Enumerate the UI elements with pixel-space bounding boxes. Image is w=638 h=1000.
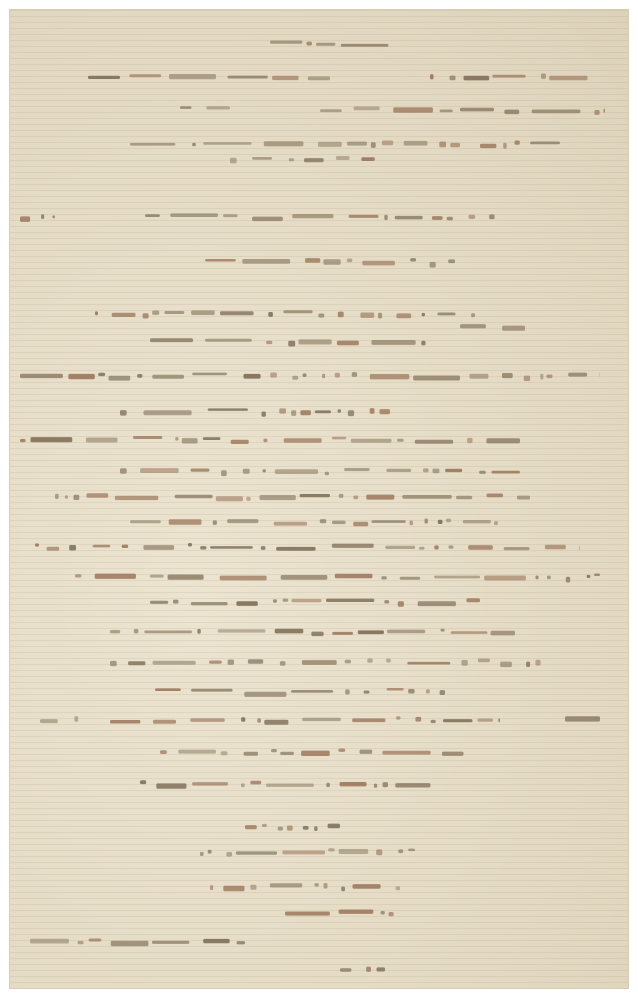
rug-mark	[366, 495, 394, 500]
rug-mark	[65, 495, 68, 498]
rug-mark	[466, 598, 480, 602]
rug-mark	[434, 545, 438, 549]
rug-mark	[338, 749, 345, 752]
rug-mark	[353, 884, 381, 889]
rug-mark	[264, 141, 304, 146]
rug-mark	[78, 941, 84, 944]
rug-mark	[182, 438, 198, 443]
rug-mark	[440, 690, 445, 695]
rug-mark	[223, 886, 244, 891]
rug-mark	[487, 494, 504, 498]
rug-mark	[434, 576, 480, 579]
rug-mark	[263, 469, 266, 472]
rug-mark	[335, 574, 373, 578]
rug-mark	[393, 107, 433, 112]
rug-mark	[440, 110, 453, 113]
rug-mark	[284, 438, 322, 443]
rug-mark	[87, 493, 109, 498]
rug-mark	[339, 494, 344, 498]
rug-mark	[134, 629, 139, 633]
rug-mark	[20, 439, 26, 442]
rug-mark	[535, 576, 538, 580]
rug-mark	[111, 941, 149, 946]
rug-mark	[74, 716, 78, 722]
rug-mark	[241, 717, 245, 722]
rug-mark	[156, 783, 186, 788]
rug-mark	[318, 142, 342, 147]
rug-mark	[460, 324, 486, 328]
rug-mark	[378, 313, 382, 319]
rug-mark	[383, 782, 388, 787]
rug-mark	[353, 496, 358, 500]
rug-mark	[164, 311, 184, 314]
rug-mark	[137, 374, 142, 378]
rug-mark	[292, 599, 322, 602]
rug-mark	[407, 662, 450, 665]
rug-mark	[231, 440, 249, 444]
rug-mark	[504, 547, 530, 550]
rug-mark	[169, 74, 216, 79]
rug-mark	[323, 259, 340, 265]
rug-mark	[377, 967, 386, 971]
rug-mark	[190, 718, 225, 722]
rug-mark	[546, 375, 552, 379]
rug-mark	[292, 376, 298, 380]
rug-mark	[371, 142, 376, 148]
rug-mark	[205, 259, 236, 262]
rug-mark	[109, 376, 131, 381]
rug-mark	[382, 141, 393, 146]
rug-mark	[275, 629, 304, 634]
rug-mark	[549, 76, 587, 81]
rug-mark	[384, 215, 387, 220]
rug-mark	[203, 437, 221, 440]
rug-mark	[252, 157, 272, 160]
rug-mark	[20, 216, 30, 222]
rug-mark	[209, 661, 222, 664]
rug-mark	[353, 522, 368, 527]
rug-mark	[74, 495, 80, 500]
rug-mark	[445, 469, 462, 472]
rug-mark	[370, 408, 375, 414]
rug-mark	[110, 630, 120, 633]
rug-mark	[173, 600, 179, 604]
rug-mark	[332, 521, 346, 525]
rug-mark	[438, 520, 443, 524]
rug-mark	[415, 717, 421, 722]
rug-mark	[540, 374, 543, 380]
rug-mark	[264, 720, 288, 725]
rug-mark	[278, 827, 283, 831]
rug-mark	[110, 661, 117, 666]
rug-mark	[302, 660, 337, 665]
rug-mark	[532, 110, 581, 114]
rug-mark	[541, 74, 546, 79]
rug-mark	[380, 409, 391, 414]
rug-mark	[192, 143, 196, 147]
rug-mark	[463, 520, 491, 523]
rug-mark	[464, 76, 490, 81]
rug-mark	[347, 259, 352, 263]
rug-mark	[305, 258, 320, 263]
rug-mark	[122, 545, 129, 548]
rug-mark	[425, 519, 428, 524]
rug-mark	[192, 782, 228, 786]
rug-mark	[191, 602, 228, 605]
rug-mark	[244, 692, 286, 697]
rug-mark	[191, 469, 210, 472]
rug-mark	[152, 311, 159, 315]
rug-mark	[439, 142, 446, 148]
rug-mark	[410, 521, 414, 526]
rug-mark	[386, 659, 391, 663]
rug-mark	[480, 144, 496, 148]
rug-mark	[498, 718, 500, 722]
rug-mark	[129, 74, 161, 77]
rug-mark	[415, 440, 453, 444]
rug-mark	[352, 372, 357, 377]
rug-mark	[283, 310, 312, 313]
rug-mark	[345, 660, 351, 664]
rug-mark	[175, 437, 178, 441]
rug-mark	[456, 496, 472, 500]
rug-mark	[153, 661, 196, 665]
rug-mark	[223, 214, 238, 217]
rug-mark	[449, 545, 454, 548]
rug-mark	[530, 142, 560, 145]
rug-mark	[594, 574, 600, 577]
rug-mark	[250, 885, 256, 890]
rug-mark	[281, 575, 328, 580]
rug-mark	[336, 156, 350, 160]
rug-mark	[245, 825, 257, 829]
rug-mark	[153, 720, 176, 724]
rug-mark	[40, 719, 58, 723]
rug-mark	[404, 141, 428, 146]
rug-mark	[371, 340, 415, 345]
rug-mark	[587, 575, 591, 578]
rug-mark	[260, 495, 296, 500]
rug-mark	[282, 851, 325, 855]
rug-mark	[432, 216, 443, 220]
rug-mark	[304, 158, 324, 162]
rug-mark	[203, 142, 251, 145]
rug-mark	[395, 783, 430, 787]
rug-mark	[358, 630, 384, 634]
rug-pattern	[10, 10, 628, 988]
rug-mark	[228, 660, 234, 665]
rug-mark	[188, 543, 192, 547]
rug-mark	[396, 716, 400, 719]
rug-mark	[257, 718, 261, 723]
rug-mark	[140, 468, 179, 473]
rug-mark	[112, 313, 136, 317]
rug-mark	[301, 751, 330, 756]
rug-mark	[360, 313, 374, 318]
rug-mark	[362, 261, 395, 266]
rug-mark	[433, 469, 440, 474]
rug-mark	[492, 75, 525, 78]
rug-mark	[351, 439, 392, 443]
rug-mark	[398, 849, 403, 853]
rug-mark	[236, 601, 257, 606]
rug-mark	[328, 848, 335, 851]
rug-mark	[447, 217, 453, 221]
rug-mark	[402, 495, 452, 499]
rug-mark	[263, 439, 267, 443]
rug-mark	[228, 76, 268, 79]
rug-mark	[337, 341, 359, 346]
rug-mark	[291, 690, 333, 693]
rug-mark	[580, 546, 581, 550]
rug-mark	[345, 689, 349, 694]
rug-mark	[419, 547, 425, 550]
rug-mark	[200, 546, 206, 549]
rug-mark	[285, 912, 330, 916]
rug-mark	[203, 939, 230, 943]
rug-mark	[320, 109, 342, 112]
rug-mark	[236, 851, 277, 854]
rug-mark	[155, 688, 181, 691]
rug-mark	[237, 941, 245, 944]
rug-mark	[426, 689, 430, 693]
rug-mark	[292, 214, 333, 218]
rug-mark	[354, 106, 380, 110]
rug-mark	[328, 824, 340, 829]
rug-mark	[275, 469, 318, 474]
rug-mark	[55, 494, 59, 499]
rug-mark	[565, 716, 600, 721]
rug-mark	[398, 601, 404, 607]
rug-mark	[504, 110, 519, 115]
rug-mark	[47, 547, 60, 551]
rug-mark	[348, 410, 354, 416]
rug-mark	[502, 373, 513, 378]
rug-mark	[145, 214, 160, 217]
rug-mark	[443, 719, 473, 722]
rug-mark	[311, 632, 323, 637]
rug-mark	[220, 576, 267, 581]
rug-mark	[227, 519, 258, 523]
rug-mark	[110, 720, 140, 724]
rug-mark	[242, 259, 290, 264]
rug-mark	[88, 76, 120, 79]
rug-mark	[568, 373, 587, 377]
rug-mark	[180, 106, 192, 109]
rug-mark	[467, 438, 473, 443]
rug-mark	[280, 752, 294, 755]
rug-mark	[95, 574, 136, 579]
rug-mark	[206, 106, 230, 109]
rug-mark	[86, 438, 118, 443]
rug-mark	[208, 850, 212, 854]
rug-mark	[396, 313, 411, 318]
rug-mark	[384, 600, 389, 603]
rug-mark	[241, 783, 245, 787]
rug-mark	[332, 437, 346, 440]
rug-mark	[205, 339, 252, 342]
rug-mark	[243, 469, 250, 474]
rug-mark	[450, 143, 460, 147]
rug-mark	[283, 599, 289, 602]
rug-mark	[41, 214, 44, 219]
rug-mark	[262, 824, 267, 827]
rug-mark	[349, 215, 379, 218]
rug-mark	[221, 751, 228, 755]
rug-mark	[374, 784, 377, 788]
rug-mark	[410, 258, 416, 261]
rug-mark	[381, 576, 387, 579]
rug-mark	[366, 967, 371, 972]
rug-mark	[382, 751, 430, 755]
rug-mark	[494, 521, 498, 525]
rug-mark	[502, 326, 525, 331]
rug-mark	[271, 749, 277, 752]
rug-mark	[451, 631, 488, 634]
rug-mark	[396, 886, 400, 890]
rug-mark	[461, 660, 467, 666]
rug-mark	[120, 410, 127, 416]
rug-mark	[430, 74, 434, 79]
rug-mark	[422, 313, 425, 317]
rug-mark	[143, 313, 149, 318]
rug-mark	[115, 496, 158, 500]
rug-mark	[178, 750, 216, 754]
rug-mark	[545, 545, 566, 550]
rug-mark	[302, 718, 341, 721]
rug-mark	[500, 662, 512, 668]
rug-mark	[170, 213, 218, 217]
rug-mark	[324, 883, 328, 889]
rug-mark	[218, 629, 266, 632]
rug-mark	[408, 689, 414, 694]
rug-mark	[197, 629, 201, 634]
rug-mark	[418, 601, 456, 606]
rug-mark	[338, 409, 342, 413]
rug-mark	[340, 782, 367, 786]
rug-mark	[361, 157, 375, 161]
rug-mark	[370, 374, 410, 379]
rug-mark	[484, 576, 526, 581]
rug-mark	[367, 658, 372, 662]
rug-mark	[515, 141, 520, 145]
rug-mark	[252, 217, 283, 222]
rug-mark	[274, 522, 307, 526]
rug-mark	[446, 519, 451, 523]
rug-mark	[430, 262, 436, 268]
rug-mark	[316, 43, 335, 46]
rug-mark	[479, 471, 486, 474]
rug-mark	[441, 629, 445, 632]
rug-mark	[266, 784, 314, 787]
rug-mark	[210, 546, 253, 549]
rug-mark	[389, 912, 394, 916]
rug-mark	[246, 497, 250, 501]
rug-mark	[352, 718, 385, 722]
rug-mark	[320, 519, 327, 523]
rug-mark	[95, 311, 98, 315]
rug-mark	[140, 780, 146, 784]
rug-mark	[279, 408, 286, 413]
rug-mark	[397, 439, 404, 442]
rug-mark	[468, 545, 493, 550]
rug-mark	[478, 659, 490, 663]
rug-mark	[75, 574, 81, 577]
rug-mark	[144, 410, 192, 415]
rug-mark	[270, 41, 302, 44]
rug-mark	[469, 215, 476, 219]
rug-mark	[431, 720, 436, 723]
rug-mark	[226, 852, 232, 857]
rug-mark	[450, 76, 456, 81]
rug-mark	[191, 689, 233, 692]
rug-mark	[280, 661, 286, 666]
rug	[10, 10, 628, 988]
rug-mark	[300, 410, 311, 415]
rug-mark	[314, 826, 318, 831]
rug-mark	[448, 259, 455, 263]
rug-mark	[169, 519, 202, 525]
rug-mark	[272, 76, 299, 80]
rug-mark	[469, 374, 488, 379]
rug-mark	[150, 601, 168, 604]
rug-mark	[526, 662, 530, 667]
rug-mark	[372, 520, 406, 523]
rug-mark	[318, 314, 324, 318]
rug-mark	[339, 910, 374, 914]
rug-mark	[191, 310, 215, 315]
rug-mark	[230, 158, 237, 164]
rug-mark	[35, 543, 39, 546]
rug-mark	[98, 373, 105, 376]
rug-mark	[200, 852, 204, 856]
rug-mark	[69, 545, 76, 551]
rug-mark	[210, 885, 213, 890]
rug-mark	[308, 76, 330, 80]
rug-mark	[273, 599, 277, 602]
rug-mark	[386, 469, 411, 472]
rug-mark	[332, 544, 374, 548]
rug-mark	[387, 630, 425, 634]
rug-mark	[604, 109, 605, 113]
rug-mark	[338, 312, 344, 318]
rug-mark	[326, 783, 330, 787]
rug-mark	[89, 939, 102, 942]
rug-mark	[477, 719, 493, 722]
rug-mark	[332, 632, 353, 635]
rug-mark	[175, 495, 213, 499]
rug-mark	[270, 883, 302, 887]
rug-mark	[326, 599, 374, 602]
rug-mark	[491, 631, 515, 636]
rug-mark	[31, 437, 73, 442]
rug-mark	[133, 436, 162, 439]
rug-mark	[344, 468, 370, 471]
rug-mark	[220, 311, 254, 315]
rug-mark	[413, 376, 460, 381]
rug-mark	[387, 688, 404, 691]
rug-mark	[130, 143, 175, 146]
rug-mark	[20, 374, 63, 378]
rug-mark	[261, 546, 266, 550]
rug-mark	[322, 374, 325, 379]
rug-mark	[289, 158, 295, 161]
rug-mark	[262, 412, 266, 417]
rug-mark	[208, 408, 248, 411]
rug-mark	[341, 44, 389, 47]
rug-mark	[250, 781, 261, 785]
rug-mark	[216, 496, 243, 501]
